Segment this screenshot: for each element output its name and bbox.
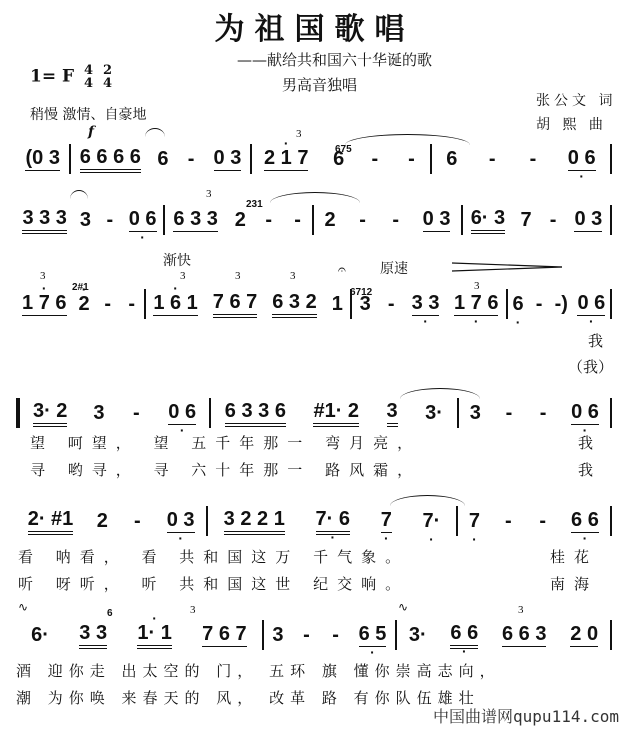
note-group: 3 2 2 1 <box>224 508 285 535</box>
note-group: 0 6 <box>577 292 605 316</box>
note: 6 <box>333 148 344 171</box>
tie-mark <box>400 388 480 399</box>
measure: 6 - -) 0 6 <box>508 291 610 317</box>
note-group: 3 <box>387 400 398 427</box>
note-group: (0 3 <box>25 147 59 171</box>
lyric-verse-1-end: 我 <box>578 432 602 453</box>
bar-line <box>610 620 612 650</box>
note-group: 6 6 <box>571 509 599 533</box>
note: 2 <box>79 293 90 316</box>
lyric-verse-2-end: 我 <box>578 459 602 480</box>
score-row-5: 2· #1 2 - 0 3 3 2 2 1 7· 6 7 7· 7 - - 6 … <box>16 508 612 534</box>
bar-line <box>610 144 612 174</box>
tie-mark <box>270 192 360 203</box>
bar-line <box>610 506 612 536</box>
dash: - <box>547 209 559 232</box>
note-group: 0 6 <box>168 401 196 425</box>
time-signature-2-4: 24 <box>103 64 112 90</box>
tie-mark <box>390 495 465 506</box>
tie-mark <box>345 134 470 145</box>
triplet-mark: 3 <box>518 604 524 616</box>
measure: 2· #1 2 - 0 3 <box>16 508 206 534</box>
note-group: 2 1 7 <box>264 147 308 171</box>
note: 3 <box>93 402 104 425</box>
dash: - <box>503 402 515 425</box>
measure: 6 3 3 6 #1· 2 3 3· <box>211 400 457 426</box>
note: 7· <box>423 510 441 533</box>
note-group: 0 3 <box>423 208 451 232</box>
measure: 3 - - 6 5 <box>264 622 395 648</box>
note-group: 3· 2 <box>33 400 67 427</box>
composer-credit: 胡 熙 曲 <box>536 114 607 134</box>
note-group: 7 6 7 <box>202 623 246 647</box>
note: 3· <box>425 402 443 425</box>
note: 2 <box>325 209 336 232</box>
dash: - <box>131 510 143 533</box>
lyric-verse-2: （我） <box>568 356 613 377</box>
dash: - <box>357 209 369 232</box>
dash: - <box>537 402 549 425</box>
a-tempo-marking: 原速 <box>380 258 408 278</box>
note: 7 <box>521 209 532 232</box>
score-row-1: (0 3 6 6 6 6 6 - 0 3 2 1 7 6 - - 6 - - 0… <box>16 146 612 172</box>
lyricist-credit: 张公文 词 <box>536 90 616 110</box>
key-signature: 1= F 44 24 <box>30 64 112 90</box>
dash: - <box>486 148 498 171</box>
note-group: 2· #1 <box>28 508 74 535</box>
score-row-2: 3 3 3 3 - 0 6 6 3 3 2 - - 2 - - 0 3 6· 3… <box>16 207 612 233</box>
note-group: 0 6 <box>129 208 157 232</box>
note: 2 <box>97 510 108 533</box>
note-group: 7 6 7 <box>213 291 257 318</box>
measure: 6· 3 3 1· 1 7 6 7 <box>16 622 262 648</box>
note: 1 <box>332 293 343 316</box>
note-group: 6 3 3 6 <box>225 400 286 427</box>
note-group: 0 6 <box>568 147 596 171</box>
triplet-mark: 3 <box>180 270 186 282</box>
note-group: 6 6 3 <box>502 623 546 647</box>
dash: - <box>537 510 549 533</box>
note-group: 6 6 <box>450 622 478 649</box>
dash: - <box>301 624 313 647</box>
key-label: 1= F <box>30 67 74 87</box>
tie-mark <box>70 190 88 199</box>
measure: 1 6 1 7 6 7 6 3 2 1 <box>146 291 351 317</box>
dash: - <box>263 209 275 232</box>
lyric-verse-1: 望 呵望， 望 五千年那一 弯月亮， <box>30 432 421 453</box>
score-row-3: 1 7 6 2 - - 1 6 1 7 6 7 6 3 2 1 3 - 3 3 … <box>16 291 612 317</box>
triplet-mark: 3 <box>290 270 296 282</box>
dash: - <box>385 293 397 316</box>
measure: 6 6 6 6 6 - 0 3 <box>71 146 249 172</box>
note: 6 <box>512 293 523 316</box>
score-row-4: 3· 2 3 - 0 6 6 3 3 6 #1· 2 3 3· 3 - - 0 … <box>16 400 612 426</box>
score-row-6: 6· 3 3 1· 1 7 6 7 3 - - 6 5 3· 6 6 6 6 3… <box>16 622 612 648</box>
note-group: 1 7 6 <box>22 292 66 316</box>
song-title: 为祖国歌唱 <box>0 4 629 48</box>
bar-line <box>610 289 612 319</box>
lyric-verse-2: 潮 为你唤 来春天的 风， 改革 路 有你队伍雄壮 <box>16 687 480 708</box>
measure: (0 3 <box>16 146 69 172</box>
dash: - <box>126 293 138 316</box>
note-group: 3 3 <box>79 622 107 649</box>
triplet-mark: 3 <box>190 604 196 616</box>
fermata-icon: 𝄐 <box>338 262 346 278</box>
measure: 1 7 6 2 - - <box>16 291 144 317</box>
measure: 6· 3 7 - 0 3 <box>463 207 610 233</box>
note-group: 2 0 <box>570 623 598 647</box>
note: 3 <box>360 293 371 316</box>
dash: - <box>130 402 142 425</box>
dash: - <box>405 148 417 171</box>
note-group: 6 3 2 <box>272 291 316 318</box>
measure: 7 - - 6 6 <box>458 508 610 534</box>
note: 6· <box>31 624 49 647</box>
note-group: 7· 6 <box>316 508 350 535</box>
note: 3 <box>80 209 91 232</box>
dash: - <box>390 209 402 232</box>
dash: - <box>369 148 381 171</box>
dash: - <box>330 624 342 647</box>
time-signature-4-4: 44 <box>84 64 93 90</box>
bar-line <box>610 398 612 428</box>
grace-notes: 6 <box>107 608 113 619</box>
lyric-verse-1: 看 呐看， 看 共和国这万 千气象。 <box>18 546 409 567</box>
triplet-mark: 3 <box>235 270 241 282</box>
note-group: 1· 1 <box>137 622 171 649</box>
lyric-verse-2: 听 呀听， 听 共和国这世 纪交响。 <box>18 573 409 594</box>
decrescendo-hairpin <box>452 262 562 272</box>
note: 3· <box>409 624 427 647</box>
watermark: 中国曲谱网qupu114.com <box>433 704 619 727</box>
measure: 3 2 2 1 7· 6 7 7· <box>208 508 455 534</box>
measure: 2 1 7 6 - - <box>252 146 430 172</box>
note: 3 <box>470 402 481 425</box>
measure: 3· 6 6 6 6 3 2 0 <box>397 622 610 648</box>
mordent-icon: ∿ <box>398 600 408 614</box>
note-group: 6 3 3 <box>173 208 217 232</box>
dash: - <box>185 148 197 171</box>
dash: - <box>102 293 114 316</box>
note-group: 0 3 <box>214 147 242 171</box>
note-group: #1· 2 <box>313 400 359 427</box>
note-group: 3 3 <box>412 292 440 316</box>
measure: 3 - 3 3 1 7 6 <box>352 291 505 317</box>
bar-line <box>610 205 612 235</box>
dash: - <box>502 510 514 533</box>
measure: 6 - - 0 6 <box>432 146 610 172</box>
note-group: 0 3 <box>167 509 195 533</box>
tempo-marking: 稍慢 激情、自豪地 <box>30 104 146 124</box>
dash: -) <box>555 293 568 316</box>
note-group: 1 6 1 <box>153 292 197 316</box>
note-group: 1 7 6 <box>454 292 498 316</box>
measure: 2 - - 0 3 <box>314 207 461 233</box>
dynamic-forte: f <box>88 124 94 140</box>
measure: 6 3 3 2 - - <box>165 207 312 233</box>
accelerando-marking: 渐快 <box>163 250 191 270</box>
measure: 3 - - 0 6 <box>459 400 610 426</box>
note-group: 0 6 <box>571 401 599 425</box>
lyric-verse-2-end: 南海 <box>550 573 598 594</box>
note-group: 6 6 6 6 <box>80 146 141 173</box>
tie-mark <box>145 128 165 137</box>
lyric-verse-2: 寻 哟寻， 寻 六十年那一 路风霜， <box>30 459 421 480</box>
note-group: 6 5 <box>359 623 387 647</box>
note: 2 <box>235 209 246 232</box>
triplet-mark: 3 <box>296 128 302 140</box>
note: 6 <box>446 148 457 171</box>
lyric-verse-1: 酒 迎你走 出太空的 门， 五环 旗 懂你崇高志向， <box>16 660 501 681</box>
lyric-verse-1: 我 <box>588 330 603 351</box>
note: 7 <box>469 510 480 533</box>
note-group: 6· 3 <box>471 207 505 234</box>
note: 6 <box>157 148 168 171</box>
dash: - <box>104 209 116 232</box>
lyric-verse-1-end: 桂花 <box>550 546 598 567</box>
note-group: 3 3 3 <box>22 207 66 234</box>
note: 7 <box>381 509 392 533</box>
dash: - <box>292 209 304 232</box>
note-group: 0 3 <box>574 208 602 232</box>
mordent-icon: ∿ <box>18 600 28 614</box>
dash: - <box>527 148 539 171</box>
measure: 3 3 3 3 - 0 6 <box>16 207 163 233</box>
measure: 3· 2 3 - 0 6 <box>20 400 209 426</box>
triplet-mark: 3 <box>206 188 212 200</box>
dash: - <box>533 293 545 316</box>
note: 3 <box>272 624 283 647</box>
